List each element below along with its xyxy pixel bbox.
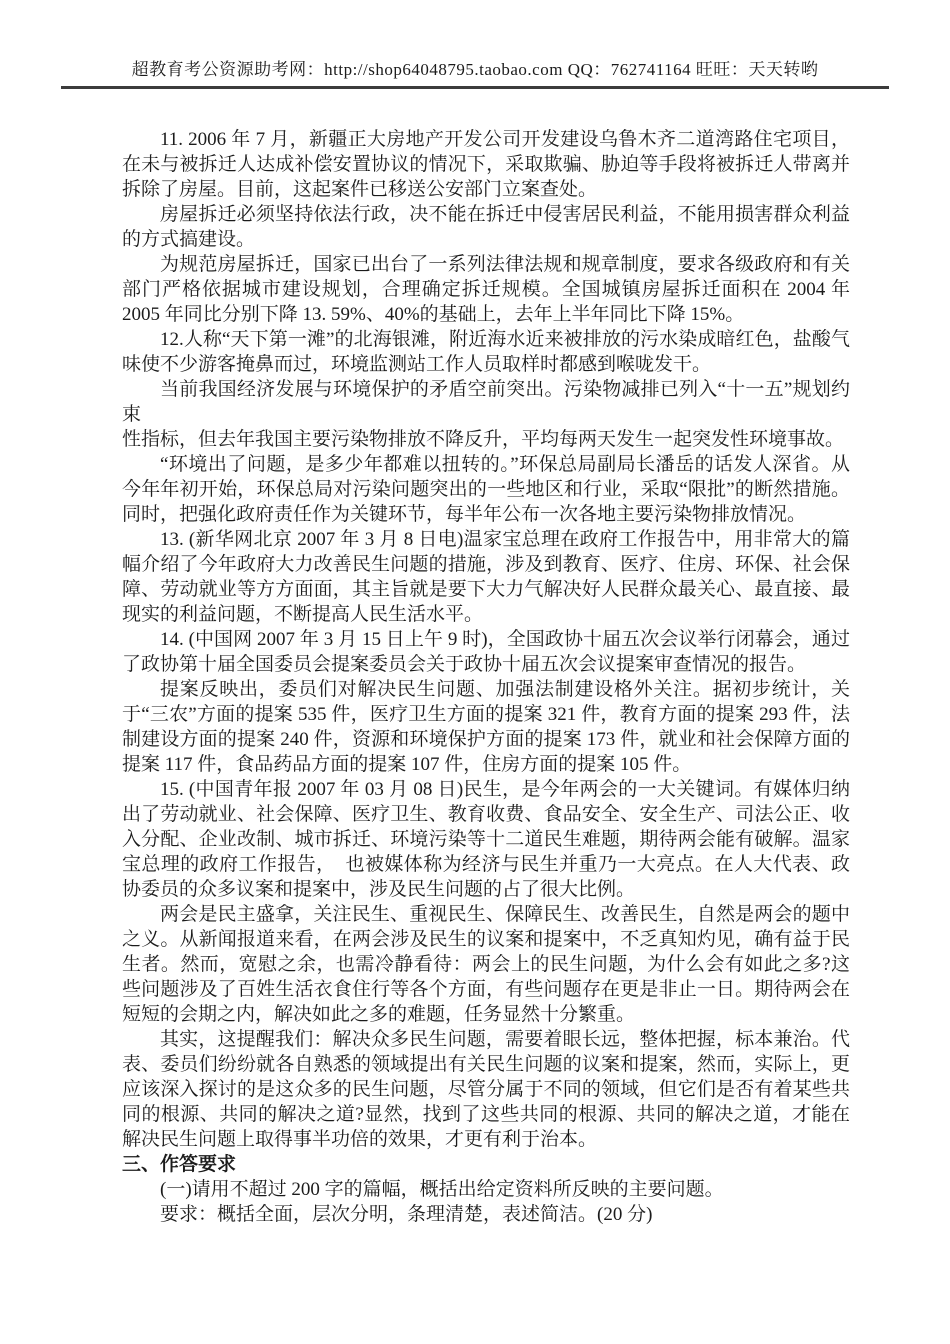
- material-paragraph-demolition-regulation: 为规范房屋拆迁，国家已出台了一系列法律法规和规章制度，要求各级政府和有关部门严格…: [122, 252, 850, 327]
- answer-requirement-item-2: 要求：概括全面，层次分明，条理清楚，表述简洁。(20 分): [122, 1202, 850, 1227]
- material-paragraph-11: 11. 2006 年 7 月，新疆正大房地产开发公司开发建设乌鲁木齐二道湾路住宅…: [122, 127, 850, 202]
- material-paragraph-demolition-principle: 房屋拆迁必须坚持依法行政，决不能在拆迁中侵害居民利益，不能用损害群众利益的方式搞…: [122, 202, 850, 252]
- document-page: 超教育考公资源助考网：http://shop64048795.taobao.co…: [0, 0, 950, 1344]
- material-paragraph-pollution-plan-continuation: 性指标，但去年我国主要污染物排放不降反升，平均每两天发生一起突发性环境事故。: [122, 427, 850, 452]
- material-paragraph-14: 14. (中国网 2007 年 3 月 15 日上午 9 时)，全国政协十届五次…: [122, 627, 850, 677]
- watermark-header: 超教育考公资源助考网：http://shop64048795.taobao.co…: [0, 0, 950, 80]
- material-paragraph-environment-quote: “环境出了问题，是多少年都难以扭转的。”环保总局副局长潘岳的话发人深省。从今年年…: [122, 452, 850, 527]
- header-divider: [61, 86, 889, 89]
- material-paragraph-pollution-plan: 当前我国经济发展与环境保护的矛盾空前突出。污染物减排已列入“十一五”规划约束: [122, 377, 850, 427]
- material-paragraph-15: 15. (中国青年报 2007 年 03 月 08 日)民生，是今年两会的一大关…: [122, 777, 850, 902]
- material-paragraph-proposals-statistics: 提案反映出，委员们对解决民生问题、加强法制建设格外关注。据初步统计，关于“三农”…: [122, 677, 850, 777]
- material-paragraph-13: 13. (新华网北京 2007 年 3 月 8 日电)温家宝总理在政府工作报告中…: [122, 527, 850, 627]
- material-paragraph-conclusion: 其实，这提醒我们：解决众多民生问题，需要着眼长远，整体把握，标本兼治。代表、委员…: [122, 1027, 850, 1152]
- answer-requirements-heading: 三、作答要求: [122, 1152, 850, 1177]
- material-paragraph-12: 12.人称“天下第一滩”的北海银滩，附近海水近来被排放的污水染成暗红色，盐酸气味…: [122, 327, 850, 377]
- material-paragraph-two-sessions: 两会是民主盛拿，关注民生、重视民生、保障民生、改善民生，自然是两会的题中之义。从…: [122, 902, 850, 1027]
- answer-requirement-item-1: (一)请用不超过 200 字的篇幅，概括出给定资料所反映的主要问题。: [122, 1177, 850, 1202]
- document-body: 11. 2006 年 7 月，新疆正大房地产开发公司开发建设乌鲁木齐二道湾路住宅…: [122, 127, 850, 1227]
- watermark-header-text: 超教育考公资源助考网：http://shop64048795.taobao.co…: [132, 60, 819, 79]
